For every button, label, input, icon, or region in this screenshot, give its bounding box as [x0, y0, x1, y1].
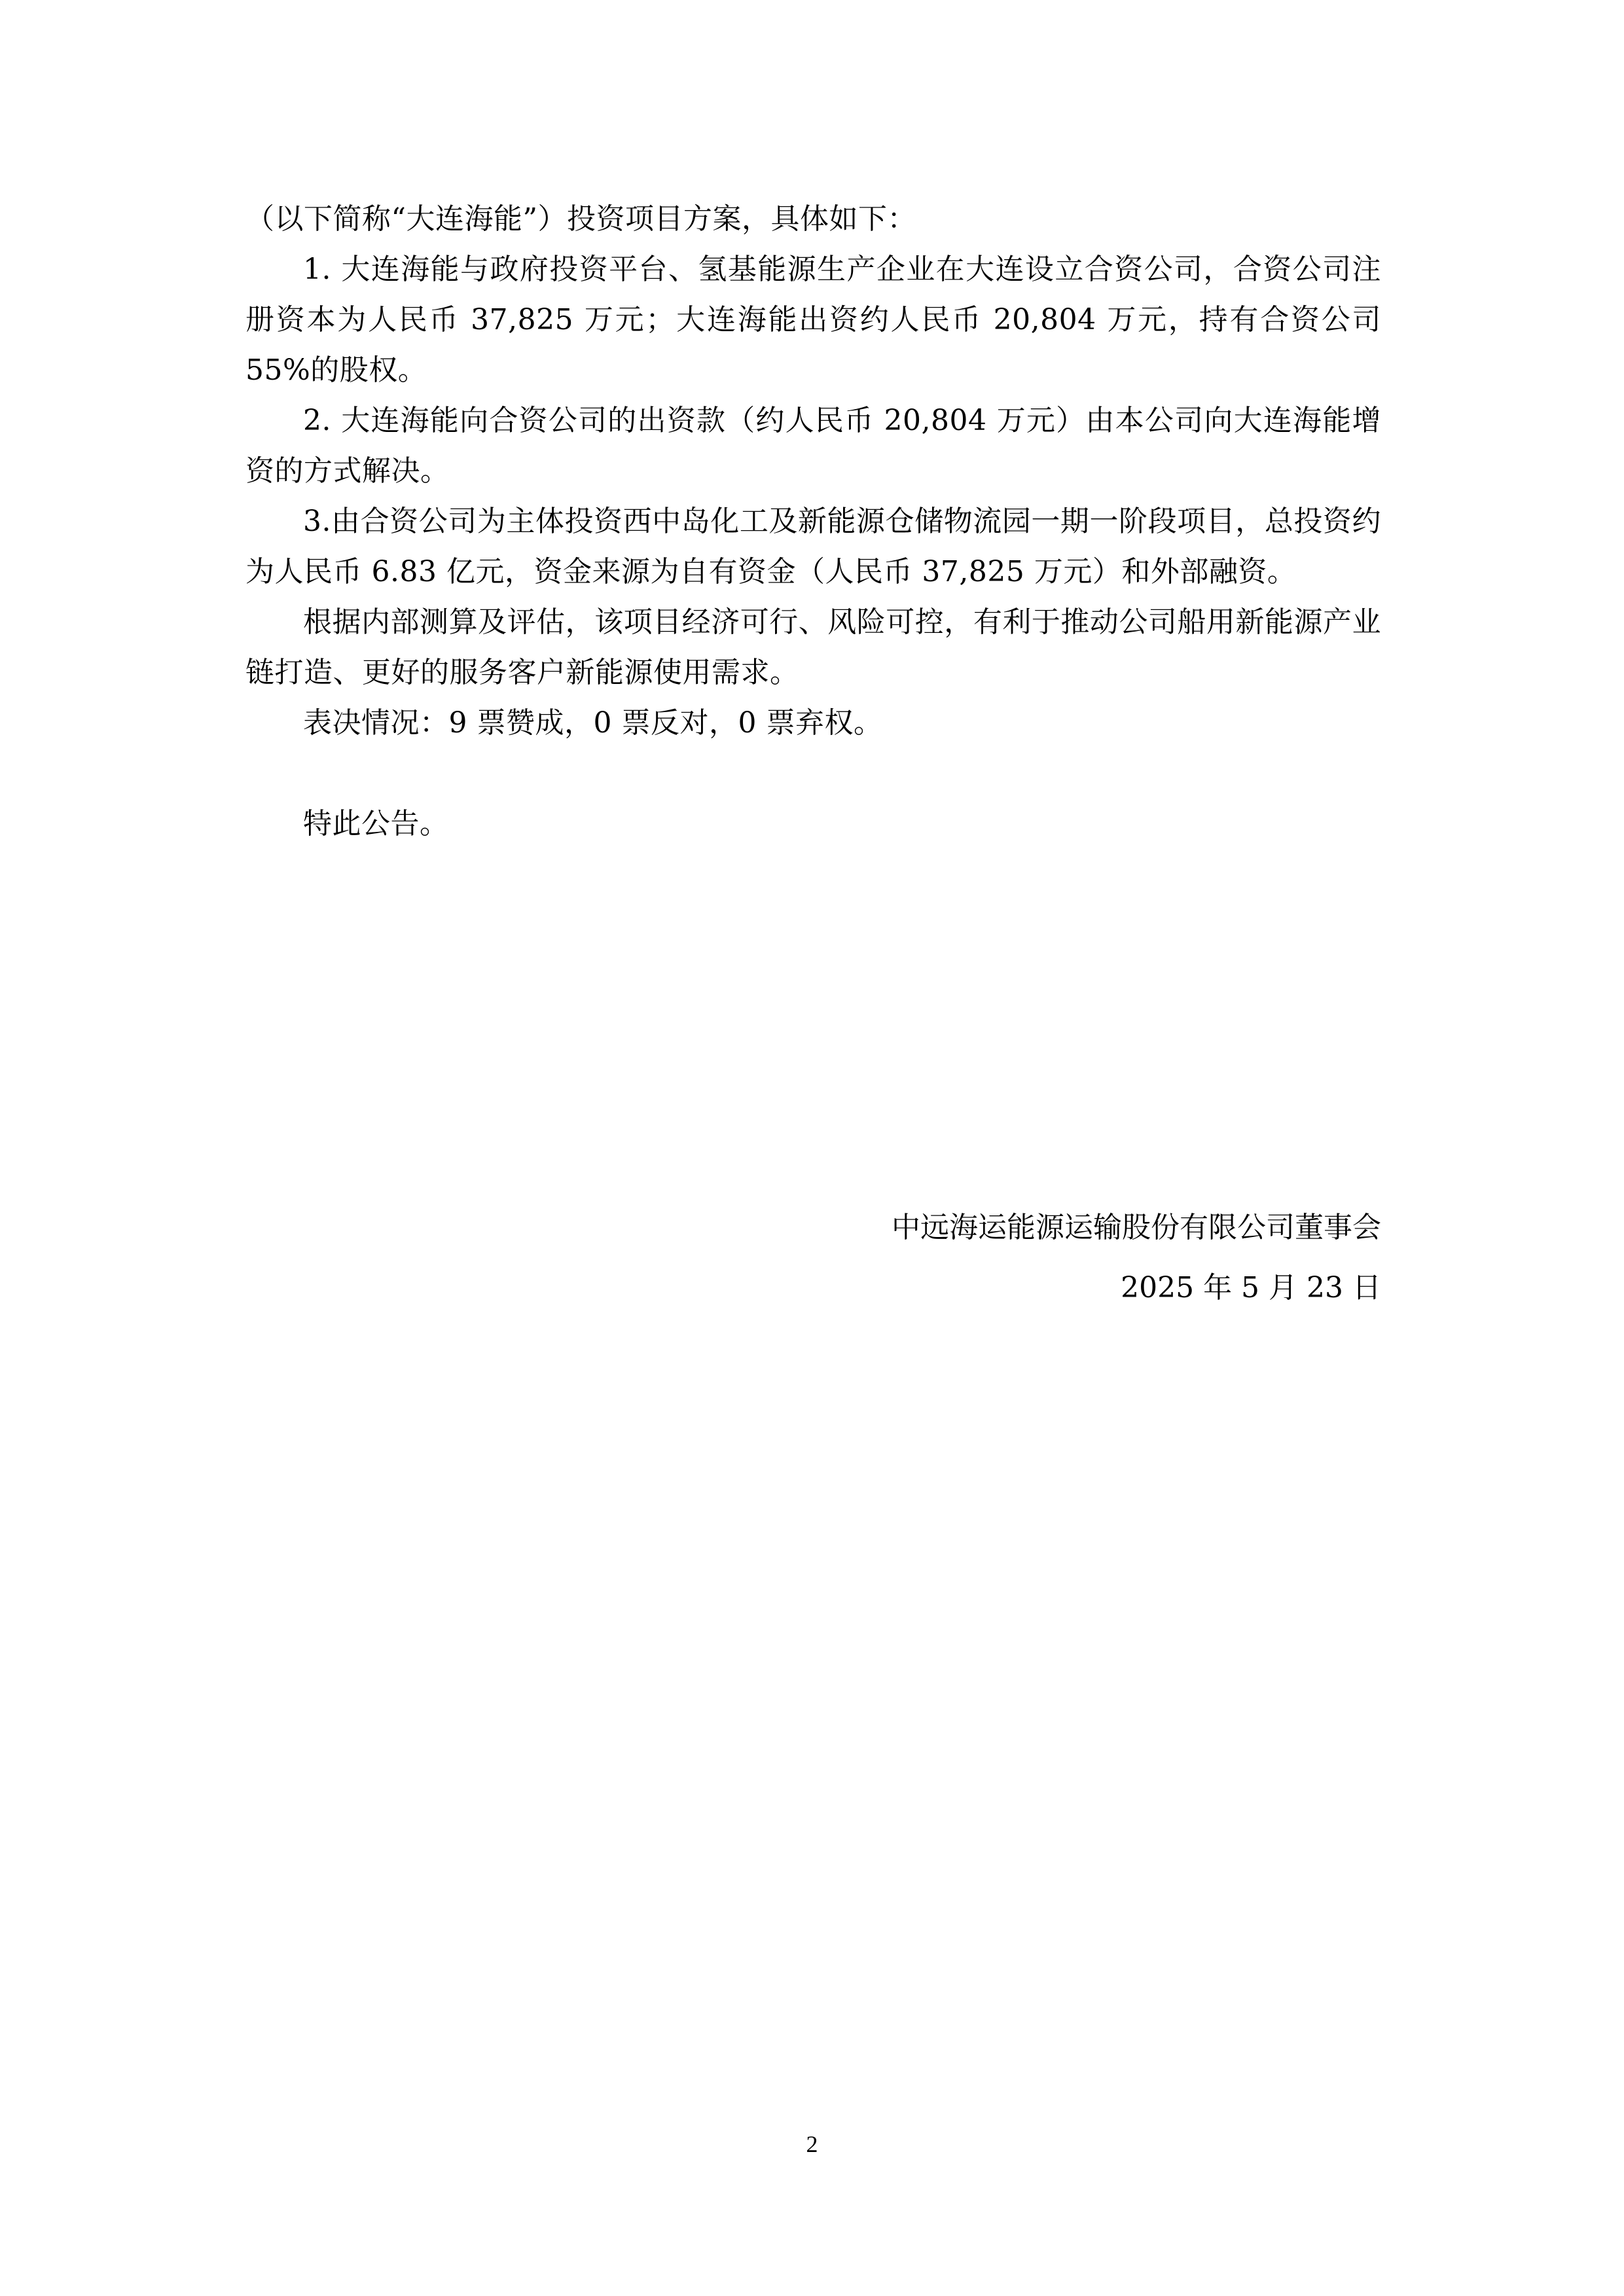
signature-organization: 中远海运能源运输股份有限公司董事会 — [892, 1198, 1381, 1258]
signature-date: 2025 年 5 月 23 日 — [892, 1258, 1381, 1318]
paragraph-item-3: 3.由合资公司为主体投资西中岛化工及新能源仓储物流园一期一阶段项目，总投资约为人… — [245, 496, 1381, 597]
signature-block: 中远海运能源运输股份有限公司董事会 2025 年 5 月 23 日 — [892, 1198, 1381, 1318]
paragraph-item-1: 1. 大连海能与政府投资平台、氢基能源生产企业在大连设立合资公司，合资公司注册资… — [245, 244, 1381, 395]
paragraph-voting-result: 表决情况：9 票赞成，0 票反对，0 票弃权。 — [245, 698, 1381, 748]
paragraph-assessment: 根据内部测算及评估，该项目经济可行、风险可控，有利于推动公司船用新能源产业链打造… — [245, 597, 1381, 698]
paragraph-closing: 特此公告。 — [245, 798, 1381, 849]
document-body: （以下简称“大连海能”）投资项目方案，具体如下： 1. 大连海能与政府投资平台、… — [245, 194, 1381, 849]
paragraph-item-2: 2. 大连海能向合资公司的出资款（约人民币 20,804 万元）由本公司向大连海… — [245, 395, 1381, 496]
paragraph-intro: （以下简称“大连海能”）投资项目方案，具体如下： — [245, 194, 1381, 244]
page-number: 2 — [0, 2130, 1624, 2158]
